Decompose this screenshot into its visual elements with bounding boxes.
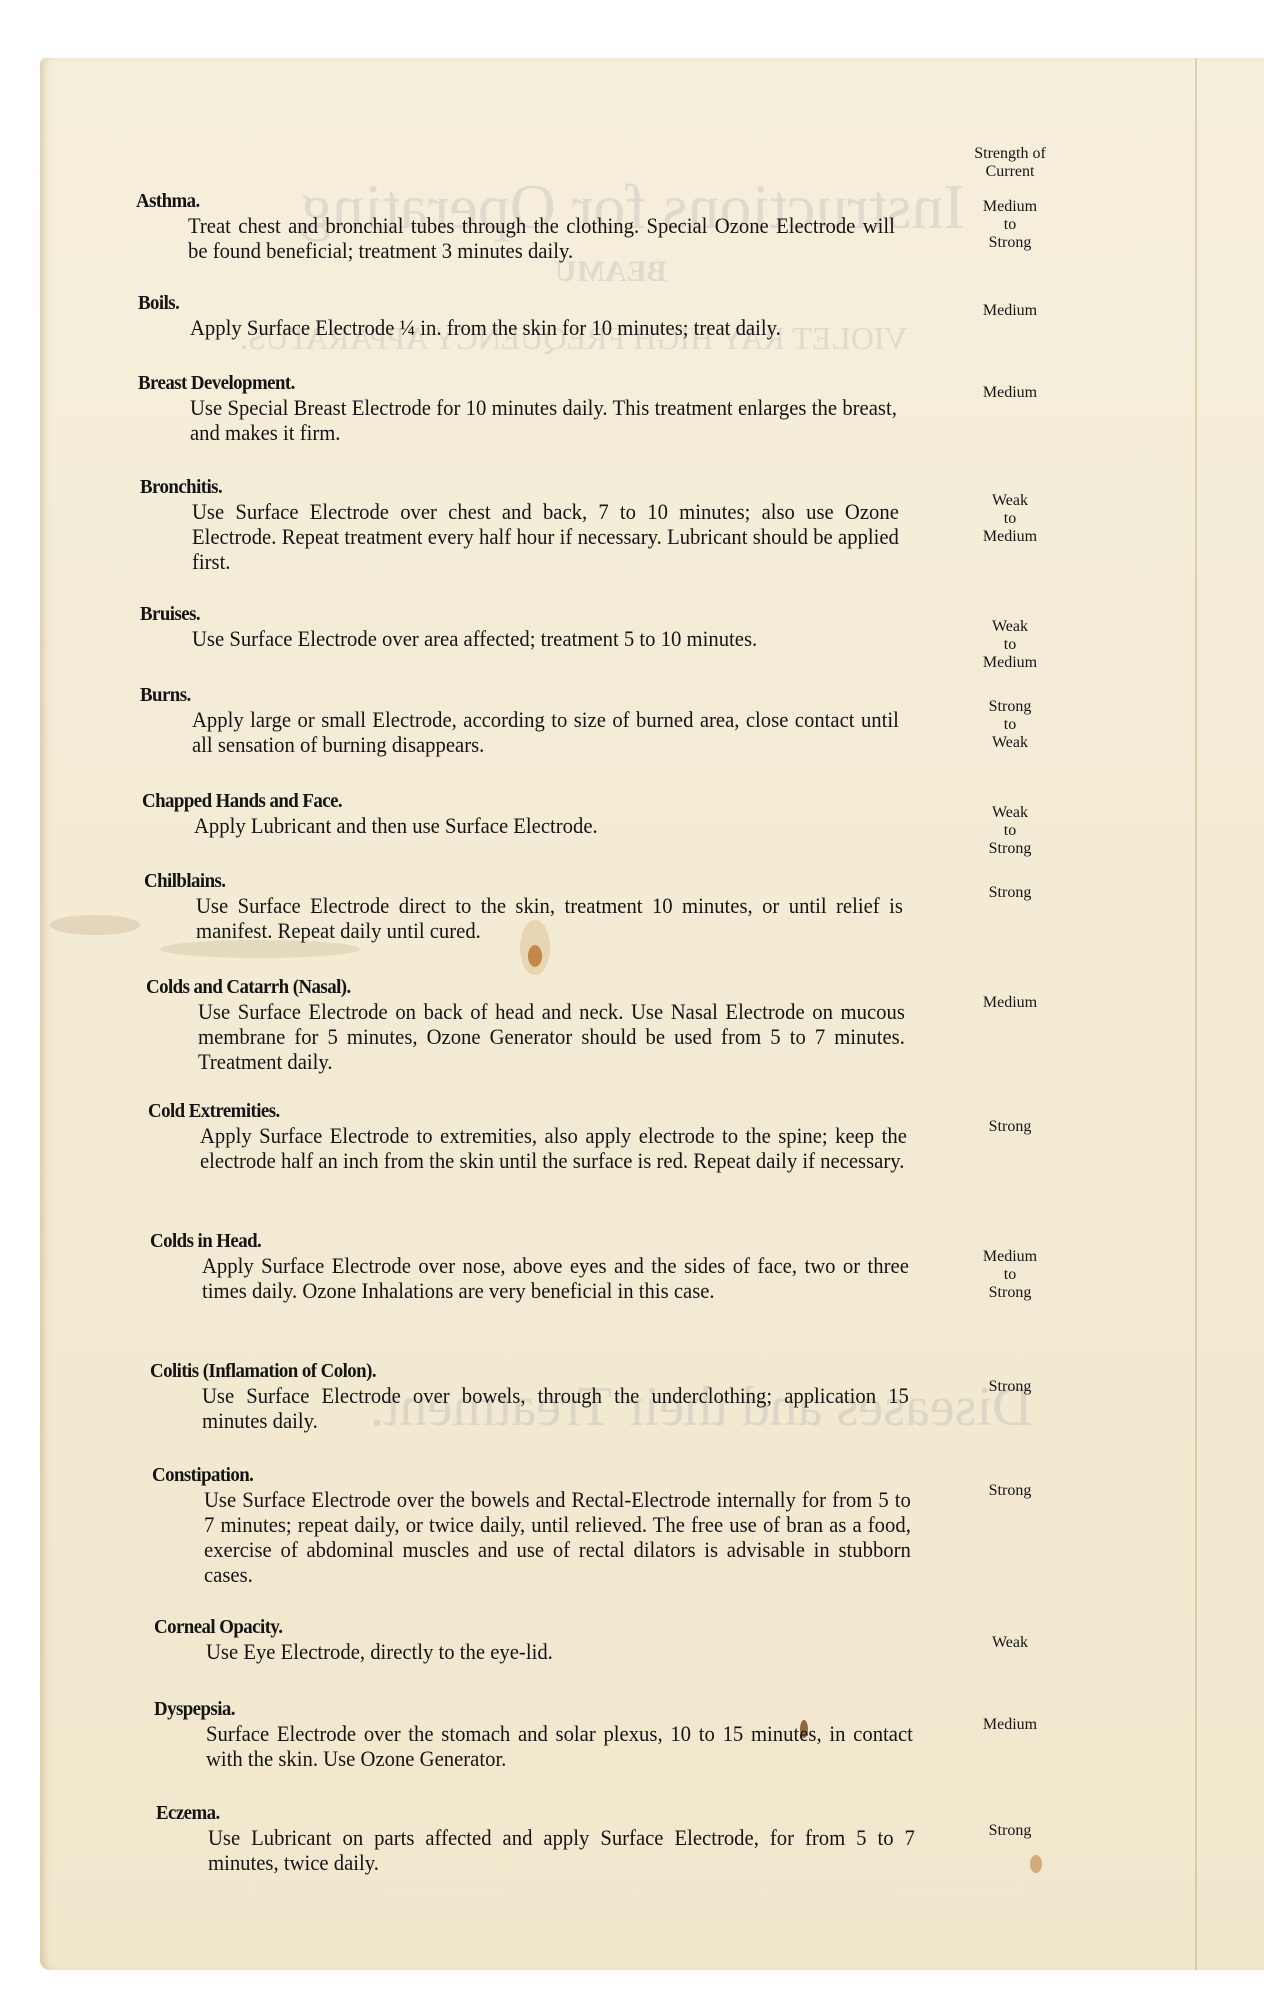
treatment-description: Use Surface Electrode over the bowels an… [204,1487,911,1587]
treatment-entry: Chapped Hands and Face.Apply Lubricant a… [142,790,962,838]
treatment-description: Surface Electrode over the stomach and s… [206,1721,913,1771]
strength-of-current: Medium [960,384,1060,402]
page-fold [1195,58,1197,1970]
treatment-description: Use Surface Electrode on back of head an… [198,999,905,1074]
strength-label: Strong [960,840,1060,858]
treatment-description: Use Surface Electrode over area affected… [192,626,899,651]
strength-of-current: StrongtoWeak [960,698,1060,752]
strength-of-current: Strong [960,1378,1060,1396]
treatment-title: Chapped Hands and Face. [142,790,896,813]
treatment-entry: Bruises.Use Surface Electrode over area … [140,603,960,651]
treatment-entry: Colds and Catarrh (Nasal).Use Surface El… [146,976,966,1074]
treatment-description: Use Lubricant on parts affected and appl… [208,1825,915,1875]
treatment-title: Colitis (Inflamation of Colon). [150,1360,904,1383]
treatment-entry: Boils.Apply Surface Electrode ¼ in. from… [138,292,958,340]
treatment-description: Apply Lubricant and then use Surface Ele… [194,813,901,838]
treatment-title: Breast Development. [138,372,892,395]
strength-label: Strong [960,1482,1060,1500]
treatment-title: Bruises. [140,603,894,626]
strength-label: Strong [960,1378,1060,1396]
treatment-title: Chilblains. [144,870,898,893]
treatment-title: Cold Extremities. [148,1100,902,1123]
strength-label: Weak [960,1634,1060,1652]
treatment-entry: Chilblains.Use Surface Electrode direct … [144,870,964,943]
strength-of-current: MediumtoStrong [960,198,1060,252]
strength-label: Medium [960,654,1060,672]
treatment-entry: Cold Extremities.Apply Surface Electrode… [148,1100,968,1173]
treatment-description: Apply Surface Electrode ¼ in. from the s… [190,315,897,340]
strength-label: Medium [960,1716,1060,1734]
treatment-entry: Bronchitis.Use Surface Electrode over ch… [140,476,960,574]
strength-label: to [960,636,1060,654]
strength-label: Medium [960,198,1060,216]
strength-label: Strong [960,1284,1060,1302]
treatment-description: Use Special Breast Electrode for 10 minu… [190,395,897,445]
stain [50,915,140,935]
strength-label: Strong [960,884,1060,902]
treatment-entry: Asthma.Treat chest and bronchial tubes t… [136,190,956,263]
strength-label: Medium [960,1248,1060,1266]
strength-label: Medium [960,302,1060,320]
strength-of-current: WeaktoMedium [960,492,1060,546]
stain [1030,1855,1042,1873]
treatment-title: Bronchitis. [140,476,894,499]
treatment-title: Asthma. [136,190,890,213]
strength-of-current: Strong [960,884,1060,902]
treatment-entry: Dyspepsia.Surface Electrode over the sto… [154,1698,974,1771]
strength-of-current: WeaktoMedium [960,618,1060,672]
strength-of-current: Strong [960,1482,1060,1500]
treatment-entry: Constipation.Use Surface Electrode over … [152,1464,972,1587]
treatment-title: Colds in Head. [150,1230,904,1253]
treatment-description: Apply Surface Electrode over nose, above… [202,1253,909,1303]
treatment-entry: Colitis (Inflamation of Colon).Use Surfa… [150,1360,970,1433]
strength-label: to [960,510,1060,528]
treatment-description: Use Surface Electrode over chest and bac… [192,499,899,574]
treatment-description: Use Surface Electrode direct to the skin… [196,893,903,943]
strength-label: Weak [960,618,1060,636]
treatment-title: Dyspepsia. [154,1698,908,1721]
treatment-title: Colds and Catarrh (Nasal). [146,976,900,999]
strength-of-current: Strong [960,1822,1060,1840]
strength-label: Medium [960,994,1060,1012]
strength-of-current: Medium [960,302,1060,320]
treatment-entry: Breast Development.Use Special Breast El… [138,372,958,445]
strength-of-current: WeaktoStrong [960,804,1060,858]
strength-label: to [960,822,1060,840]
treatment-title: Boils. [138,292,892,315]
strength-label: Medium [960,384,1060,402]
treatment-entry: Colds in Head.Apply Surface Electrode ov… [150,1230,970,1303]
treatment-title: Eczema. [156,1802,910,1825]
strength-of-current: Strong [960,1118,1060,1136]
treatment-description: Treat chest and bronchial tubes through … [188,213,895,263]
strength-label: Weak [960,492,1060,510]
strength-label: Strong [960,698,1060,716]
strength-of-current: MediumtoStrong [960,1248,1060,1302]
treatment-description: Use Surface Electrode over bowels, throu… [202,1383,909,1433]
strength-of-current: Medium [960,1716,1060,1734]
strength-label: to [960,716,1060,734]
treatment-entry: Burns.Apply large or small Electrode, ac… [140,684,960,757]
treatment-title: Constipation. [152,1464,906,1487]
strength-label: Weak [960,804,1060,822]
strength-label: Medium [960,528,1060,546]
strength-label: Strong [960,1118,1060,1136]
strength-of-current: Weak [960,1634,1060,1652]
strength-label: to [960,1266,1060,1284]
strength-label: Strong [960,1822,1060,1840]
strength-label: Strong [960,234,1060,252]
treatment-title: Burns. [140,684,894,707]
treatment-title: Corneal Opacity. [154,1616,908,1639]
strength-column-header: Strength of Current [950,145,1070,181]
treatment-entry: Eczema.Use Lubricant on parts affected a… [156,1802,976,1875]
treatment-description: Apply Surface Electrode to extremities, … [200,1123,907,1173]
strength-label: Weak [960,734,1060,752]
treatment-description: Use Eye Electrode, directly to the eye-l… [206,1639,913,1664]
treatment-description: Apply large or small Electrode, accordin… [192,707,899,757]
strength-of-current: Medium [960,994,1060,1012]
strength-label: to [960,216,1060,234]
treatment-entry: Corneal Opacity.Use Eye Electrode, direc… [154,1616,974,1664]
